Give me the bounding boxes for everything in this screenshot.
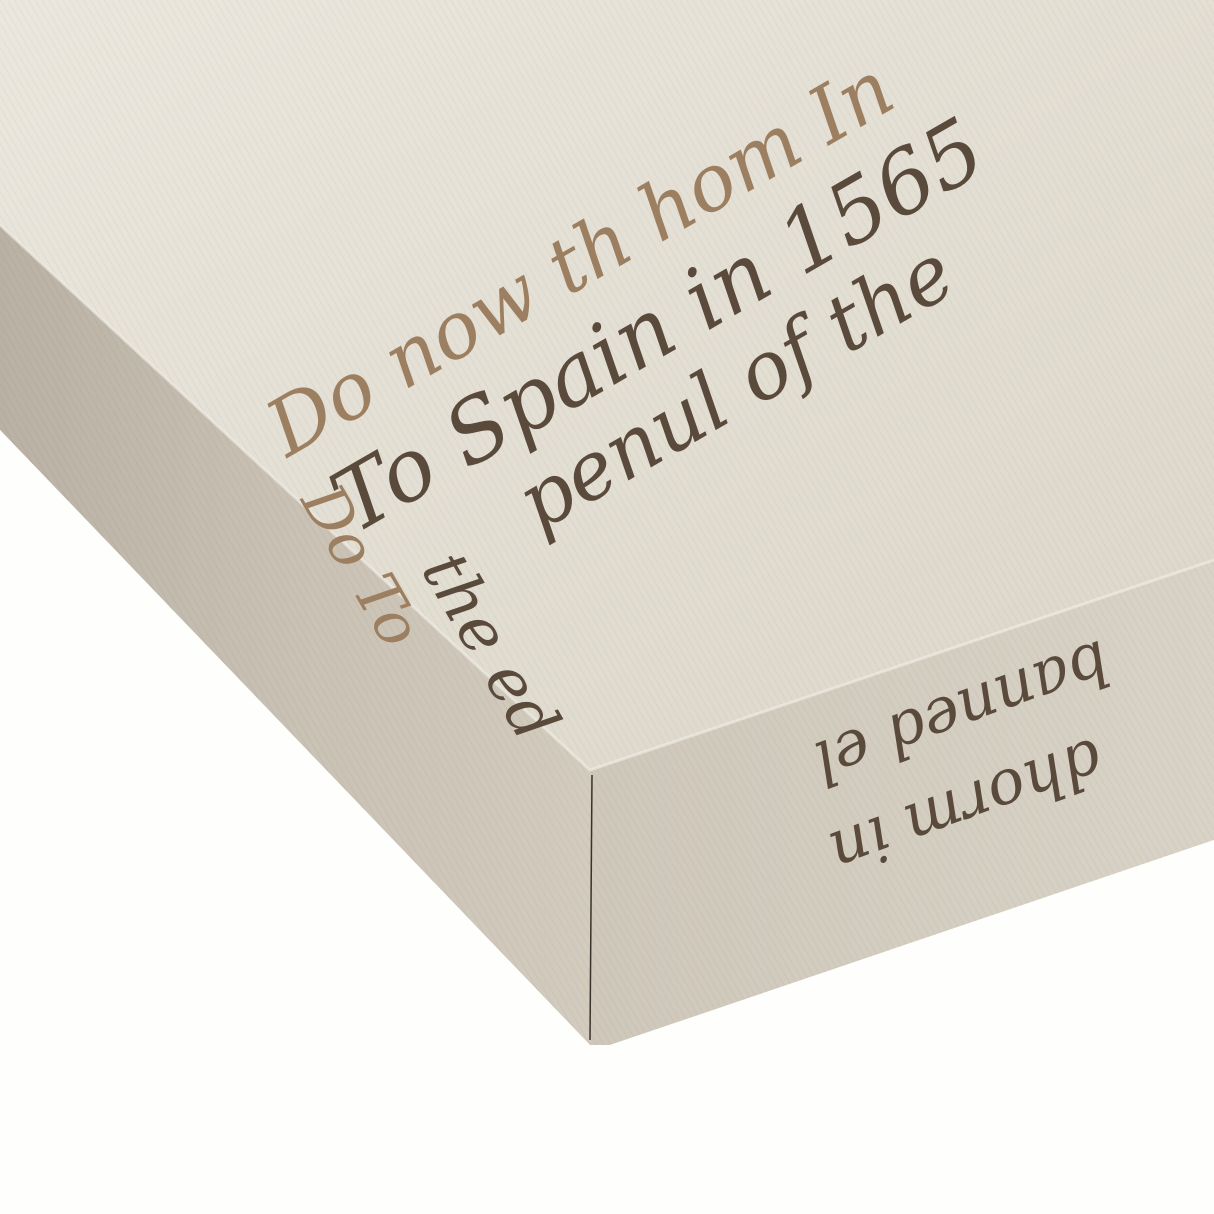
canvas-corner-illustration: Do now th hom In To Spain in 1565 penul … [0,0,1214,1214]
canvas-product-photo: Do now th hom In To Spain in 1565 penul … [0,0,1214,1214]
